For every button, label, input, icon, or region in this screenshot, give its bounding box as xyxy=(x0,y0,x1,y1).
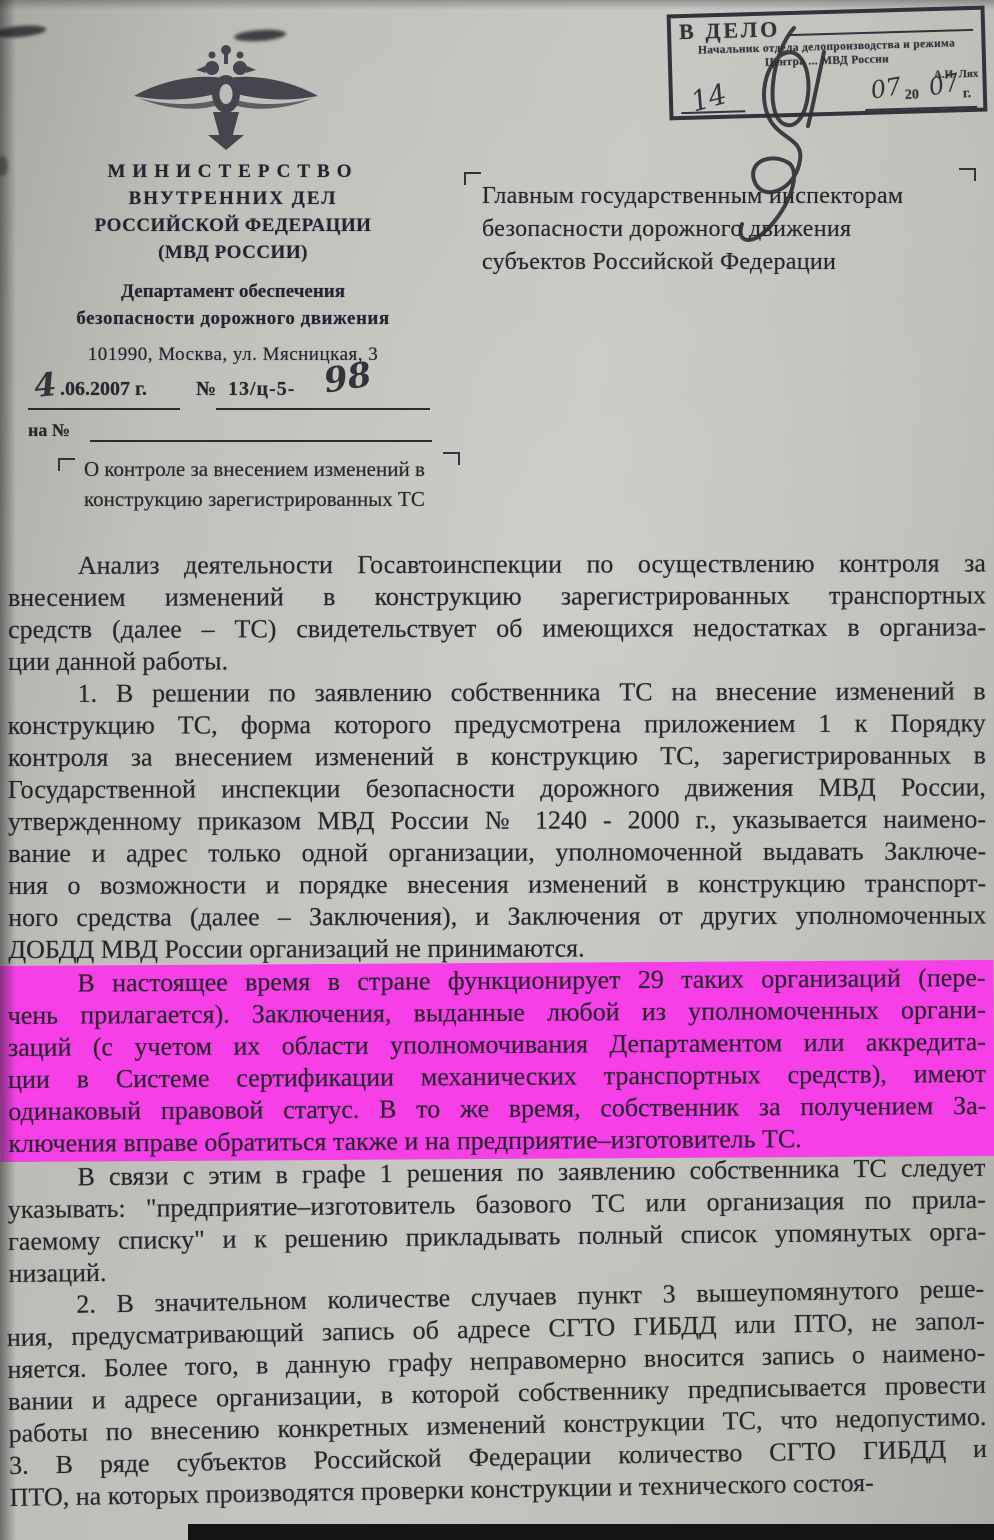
text-line: ного средства (далее – Заключения), и За… xyxy=(8,899,986,934)
reference-label: на № xyxy=(28,420,70,440)
paragraph: В связи с этим в графе 1 решения по заяв… xyxy=(7,1152,986,1290)
letterhead: МИНИСТЕРСТВО ВНУТРЕННИХ ДЕЛ РОССИЙСКОЙ Ф… xyxy=(26,158,440,366)
ministry-name-line: РОССИЙСКОЙ ФЕДЕРАЦИИ xyxy=(26,212,440,239)
subject-line: конструкцию зарегистрированных ТС xyxy=(84,484,454,514)
text-line: ции данной работы. xyxy=(8,643,986,678)
handwritten-number: 98 xyxy=(321,355,374,402)
department-name-line: Департамент обеспечения xyxy=(26,279,440,305)
paragraph: 1. В решении по заявлению собственника Т… xyxy=(8,675,987,966)
text-line: 1. В решении по заявлению собственника Т… xyxy=(8,675,986,710)
number-underline xyxy=(216,408,430,410)
subject-line: О контроле за внесением изменений в xyxy=(84,454,454,484)
text-line: контроля за внесением изменений в констр… xyxy=(8,739,986,774)
text-line: конструкцию ТС, форма которого предусмот… xyxy=(8,707,986,742)
ministry-name-line: ВНУТРЕННИХ ДЕЛ xyxy=(26,185,440,212)
text-line: Анализ деятельности Госавтоинспекции по … xyxy=(8,547,986,582)
ministry-name-line: МИНИСТЕРСТВО xyxy=(26,158,440,185)
signature-scribble xyxy=(678,18,918,258)
date-underline xyxy=(28,408,180,410)
ministry-abbreviation: (МВД РОССИИ) xyxy=(26,239,440,266)
reference-underline xyxy=(90,440,432,442)
postal-address: 101990, Москва, ул. Мясницкая, 3 xyxy=(26,344,440,366)
text-line: утвержденному приказом МВД России № 1240… xyxy=(8,803,986,838)
scan-smudge xyxy=(0,156,8,176)
number-sign: № xyxy=(196,378,216,401)
stamp-signer-name: А.И. Лях xyxy=(934,68,979,81)
stamp-year-suffix: г. xyxy=(963,86,972,102)
text-line: внесением изменений в конструкцию зареги… xyxy=(8,579,986,614)
outgoing-number: 13/ц-5- xyxy=(228,378,295,401)
subject-block: О контроле за внесением изменений в конс… xyxy=(58,450,454,514)
body-paragraphs: Анализ деятельности Госавтоинспекции по … xyxy=(8,550,986,1514)
paragraph: Анализ деятельности Госавтоинспекции по … xyxy=(8,547,986,678)
paragraph-highlighted: В настоящее время в стране функционирует… xyxy=(0,960,994,1162)
text-line: Государственной инспекции безопасности д… xyxy=(8,771,986,806)
date-text: .06.2007 г. xyxy=(60,378,147,401)
text-line: средств (далее – ТС) свидетельствует об … xyxy=(8,611,986,646)
text-line: ния о возможности и порядке внесения изм… xyxy=(8,867,986,902)
scan-edge-bar xyxy=(188,1524,994,1540)
corner-bracket-icon xyxy=(443,452,460,465)
scanned-letter-page: В ДЕЛО Начальник отдела делопроизводства… xyxy=(0,0,994,1540)
mvd-eagle-emblem-icon xyxy=(128,40,324,158)
handwritten-day: 4 xyxy=(32,365,58,405)
text-line: одинаковый правовой статус. В то же врем… xyxy=(8,1090,986,1128)
text-line: вание и адрес только одной организации, … xyxy=(8,835,986,870)
department-name-line: безопасности дорожного движения xyxy=(26,305,440,332)
corner-bracket-icon xyxy=(58,458,75,471)
corner-bracket-icon xyxy=(464,172,481,185)
paragraph: 2. В значительном количестве случаев пун… xyxy=(6,1273,988,1514)
corner-bracket-icon xyxy=(959,168,976,181)
reference-line: на № xyxy=(28,420,452,450)
scan-smudge xyxy=(0,24,46,39)
